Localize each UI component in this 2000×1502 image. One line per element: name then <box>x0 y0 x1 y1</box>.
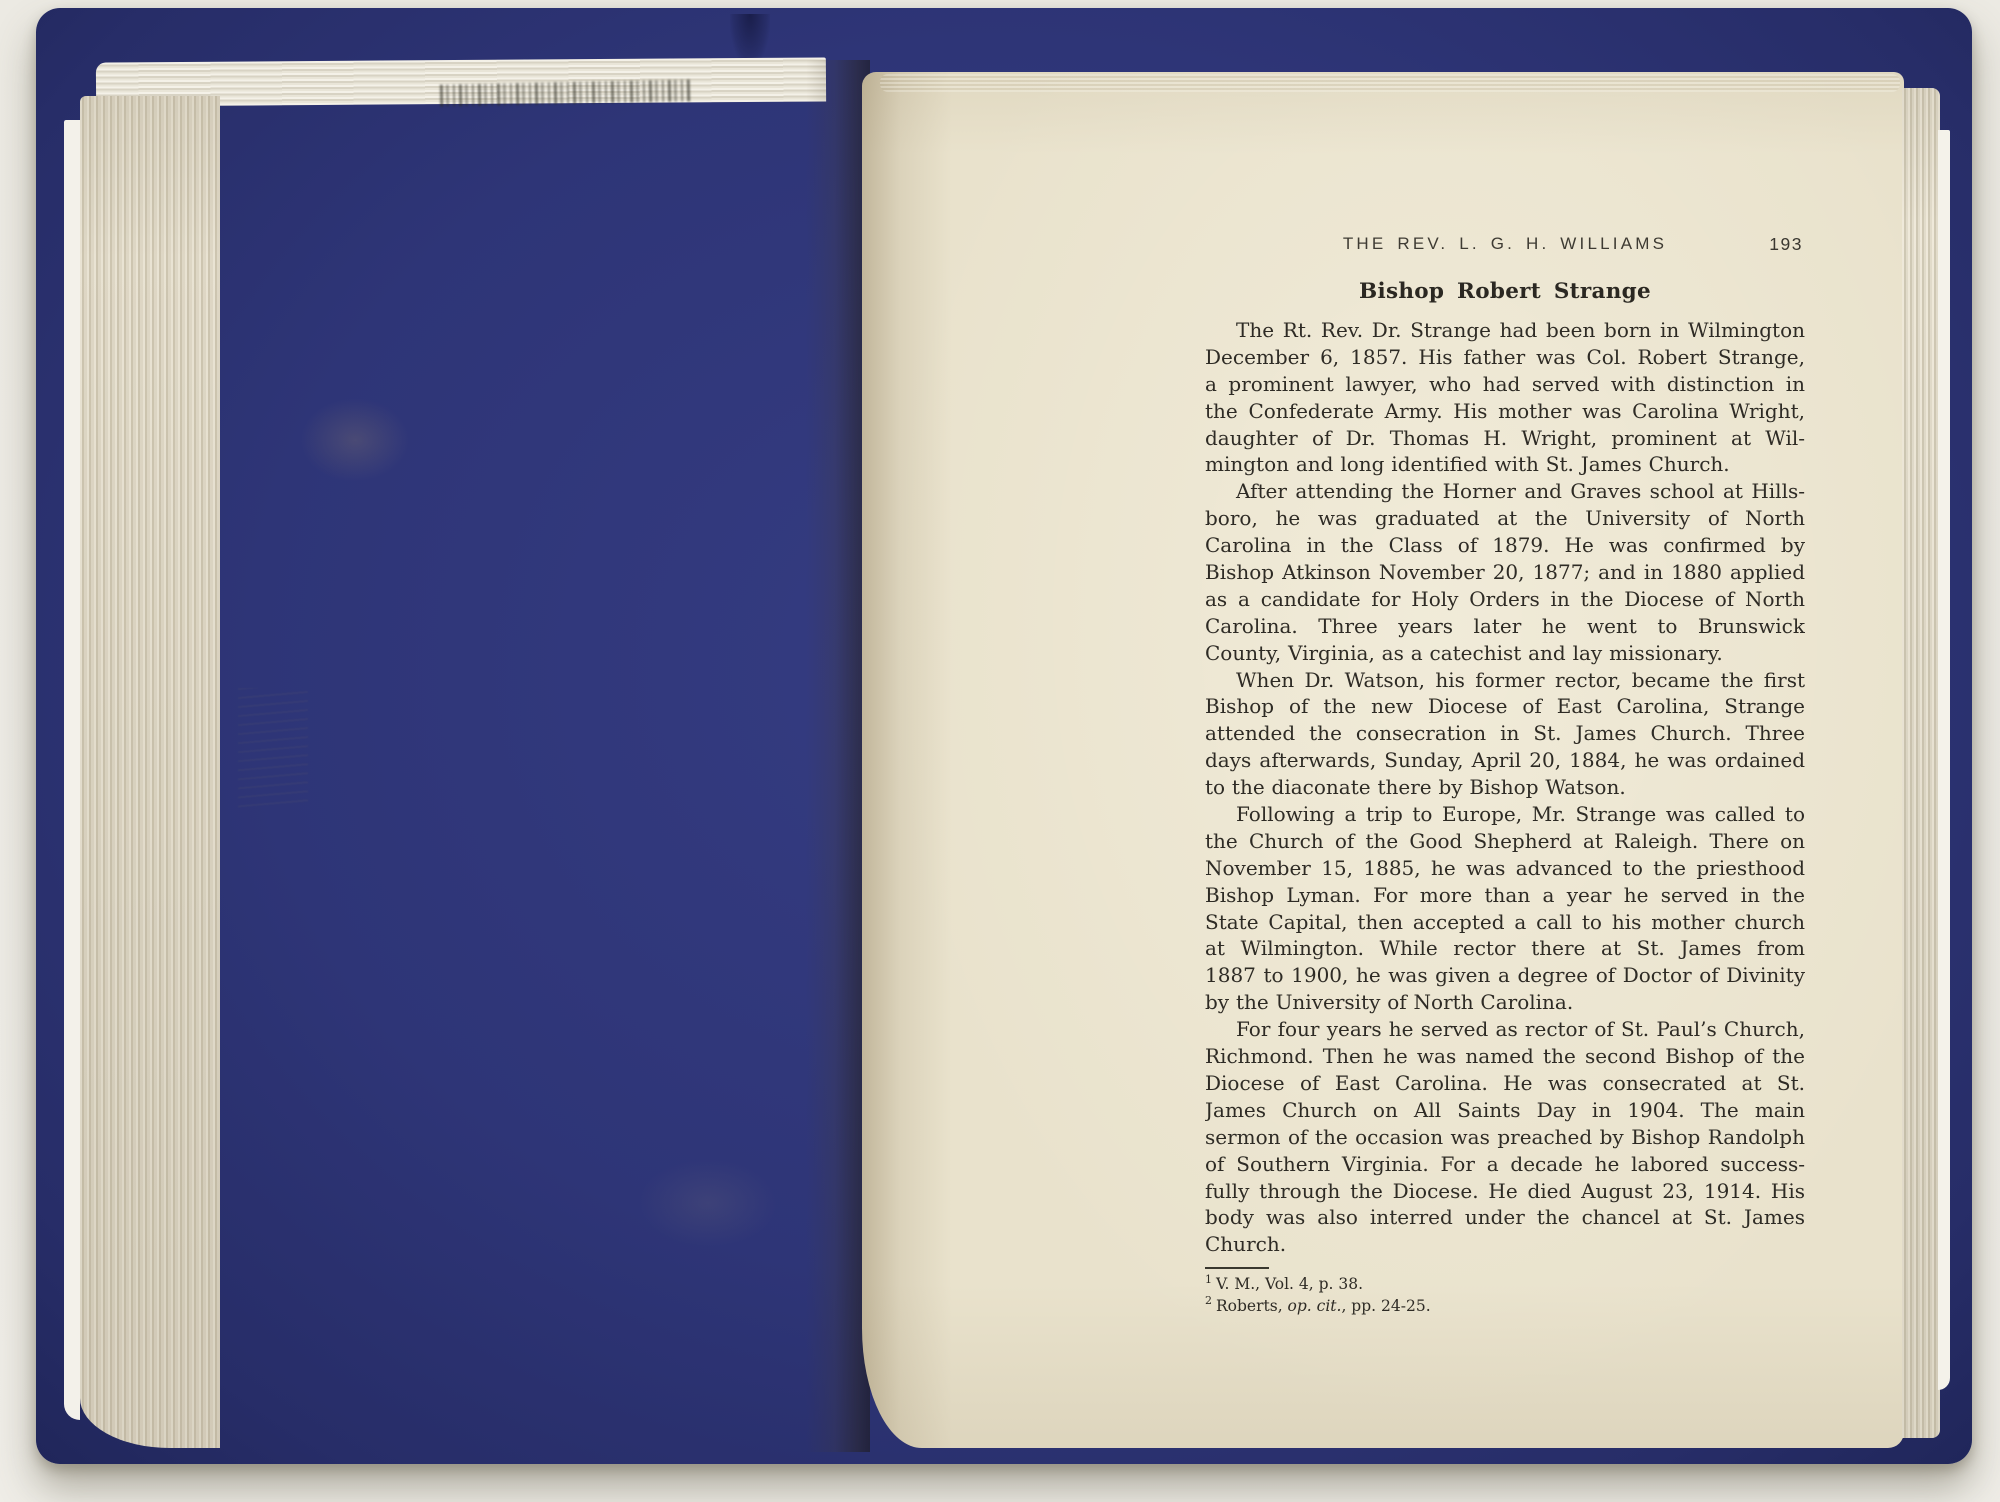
footnote-text: Roberts, <box>1216 1297 1288 1315</box>
paragraph: After attending the Horner and Graves sc… <box>1205 478 1805 666</box>
footnote-2: 2Roberts, op. cit., pp. 24-25. <box>1205 1296 1805 1318</box>
chapter-title: Bishop Robert Strange <box>1205 279 1805 304</box>
photo-background: THE REV. L. G. H. WILLIAMS 193 Bishop Ro… <box>0 0 2000 1502</box>
text-line: The Rt. Rev. Dr. Strange had been born i… <box>1205 317 1805 344</box>
text-line: When Dr. Watson, his former rector, beca… <box>1205 667 1805 694</box>
paragraph: When Dr. Watson, his former rector, beca… <box>1205 667 1805 801</box>
text-line: After attending the Horner and Graves sc… <box>1205 478 1805 505</box>
paragraph: For four years he served as rector of St… <box>1205 1016 1805 1258</box>
text-line: sermon of the occasion was preached by B… <box>1205 1124 1805 1151</box>
paragraph: Following a trip to Europe, Mr. Strange … <box>1205 801 1805 1016</box>
text-line: Bishop Lyman. For more than a year he se… <box>1205 882 1805 909</box>
text-line: to the diaconate there by Bishop Watson. <box>1205 774 1805 801</box>
running-head-row: THE REV. L. G. H. WILLIAMS 193 <box>1205 234 1805 260</box>
text-line: 1887 to 1900, he was given a degree of D… <box>1205 962 1805 989</box>
text-line: Carolina. Three years later he went to B… <box>1205 613 1805 640</box>
text-line: days afterwards, Sunday, April 20, 1884,… <box>1205 747 1805 774</box>
footnote-rule <box>1205 1267 1269 1269</box>
footnote-1: 1V. M., Vol. 4, p. 38. <box>1205 1274 1805 1296</box>
text-line: Richmond. Then he was named the second B… <box>1205 1043 1805 1070</box>
text-line: a prominent lawyer, who had served with … <box>1205 371 1805 398</box>
text-line: James Church on All Saints Day in 1904. … <box>1205 1097 1805 1124</box>
text-line: body was also interred under the chancel… <box>1205 1204 1805 1231</box>
body-text-column: The Rt. Rev. Dr. Strange had been born i… <box>1205 317 1805 1258</box>
text-line: December 6, 1857. His father was Col. Ro… <box>1205 344 1805 371</box>
text-line: boro, he was graduated at the University… <box>1205 505 1805 532</box>
text-line: daughter of Dr. Thomas H. Wright, promin… <box>1205 425 1805 452</box>
footnote-text: V. M., Vol. 4, p. 38. <box>1216 1275 1363 1293</box>
text-line: the Church of the Good Shepherd at Ralei… <box>1205 828 1805 855</box>
text-line: State Capital, then accepted a call to h… <box>1205 909 1805 936</box>
footnote-marker: 1 <box>1205 1273 1212 1286</box>
text-line: Bishop Atkinson November 20, 1877; and i… <box>1205 559 1805 586</box>
footnote-text: , pp. 24-25. <box>1341 1297 1430 1315</box>
footnote-marker: 2 <box>1205 1294 1212 1307</box>
text-line: mington and long identified with St. Jam… <box>1205 451 1805 478</box>
text-line: November 15, 1885, he was advanced to th… <box>1205 855 1805 882</box>
text-line: County, Virginia, as a catechist and lay… <box>1205 640 1805 667</box>
text-line: as a candidate for Holy Orders in the Di… <box>1205 586 1805 613</box>
text-line: of Southern Virginia. For a decade he la… <box>1205 1151 1805 1178</box>
text-line: Bishop of the new Diocese of East Caroli… <box>1205 693 1805 720</box>
text-line: the Confederate Army. His mother was Car… <box>1205 398 1805 425</box>
footnotes: 1V. M., Vol. 4, p. 38. 2Roberts, op. cit… <box>1205 1274 1805 1317</box>
printed-content: THE REV. L. G. H. WILLIAMS 193 Bishop Ro… <box>0 0 2000 1502</box>
text-line: Church. <box>1205 1231 1805 1258</box>
page-number: 193 <box>1769 234 1803 255</box>
running-head: THE REV. L. G. H. WILLIAMS <box>1205 234 1805 254</box>
text-line: at Wilmington. While rector there at St.… <box>1205 935 1805 962</box>
text-line: by the University of North Carolina. <box>1205 989 1805 1016</box>
text-line: Diocese of East Carolina. He was consecr… <box>1205 1070 1805 1097</box>
text-line: For four years he served as rector of St… <box>1205 1016 1805 1043</box>
text-line: attended the consecration in St. James C… <box>1205 720 1805 747</box>
text-line: Following a trip to Europe, Mr. Strange … <box>1205 801 1805 828</box>
paragraph: The Rt. Rev. Dr. Strange had been born i… <box>1205 317 1805 478</box>
footnote-italic: op. cit. <box>1288 1297 1342 1315</box>
text-line: fully through the Diocese. He died Augus… <box>1205 1178 1805 1205</box>
text-line: Carolina in the Class of 1879. He was co… <box>1205 532 1805 559</box>
